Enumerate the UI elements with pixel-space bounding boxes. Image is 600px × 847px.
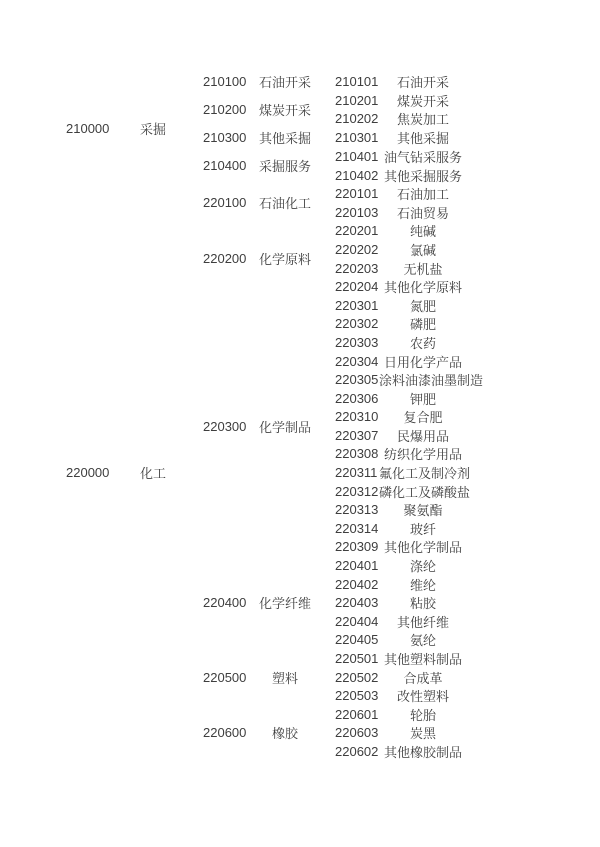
level3-row: 220402维纶 xyxy=(335,575,467,594)
level3-name: 其他塑料制品 xyxy=(379,649,467,668)
level3-code: 210101 xyxy=(335,74,379,89)
level2-group: 210100石油开采210101石油开采 xyxy=(203,72,467,91)
level3-row: 220204其他化学原料 xyxy=(335,277,467,296)
level3-row: 220305涂料油漆油墨制造 xyxy=(335,370,467,389)
level3-code: 220304 xyxy=(335,354,379,369)
level3-code: 220310 xyxy=(335,409,379,424)
level2-cell: 210400采掘服务 xyxy=(203,147,335,184)
level3-name: 涤纶 xyxy=(379,556,467,575)
level2-group: 220500塑料220501其他塑料制品220502合成革220503改性塑料 xyxy=(203,649,467,705)
level3-name: 涂料油漆油墨制造 xyxy=(379,370,467,389)
level3-code: 220303 xyxy=(335,335,379,350)
level3-row: 210401油气钻采服务 xyxy=(335,147,467,166)
level3-code: 220302 xyxy=(335,316,379,331)
level3-code: 220503 xyxy=(335,688,379,703)
level3-row: 210402其他采掘服务 xyxy=(335,166,467,185)
level3-column: 220601轮胎220603炭黑220602其他橡胶制品 xyxy=(335,705,467,761)
level3-name: 磷化工及磷酸盐 xyxy=(379,482,467,501)
level2-code: 220500 xyxy=(203,670,247,685)
level3-name: 钾肥 xyxy=(379,389,467,408)
level3-row: 220306钾肥 xyxy=(335,389,467,408)
level3-code: 210201 xyxy=(335,93,379,108)
level3-code: 220502 xyxy=(335,670,379,685)
level3-row: 220314玻纤 xyxy=(335,519,467,538)
level3-column: 210101石油开采 xyxy=(335,72,467,91)
level3-name: 其他纤维 xyxy=(379,612,467,631)
level3-code: 220602 xyxy=(335,744,379,759)
level2-name: 化学制品 xyxy=(247,417,323,436)
level3-row: 220403粘胶 xyxy=(335,593,467,612)
level3-code: 220101 xyxy=(335,186,379,201)
level3-code: 220501 xyxy=(335,651,379,666)
level1-name: 化工 xyxy=(140,463,166,482)
level3-row: 220404其他纤维 xyxy=(335,612,467,631)
level3-row: 220307民爆用品 xyxy=(335,426,467,445)
level1-cell: 220000化工 xyxy=(0,184,203,760)
level3-code: 220403 xyxy=(335,595,379,610)
level2-cell: 210100石油开采 xyxy=(203,72,335,91)
level2-column: 210100石油开采210101石油开采210200煤炭开采210201煤炭开采… xyxy=(203,72,467,184)
level3-name: 玻纤 xyxy=(379,519,467,538)
level3-row: 220311氟化工及制冷剂 xyxy=(335,463,467,482)
level3-row: 220101石油加工 xyxy=(335,184,467,203)
level3-name: 煤炭开采 xyxy=(379,91,467,110)
level2-column: 220100石油化工220101石油加工220103石油贸易220200化学原料… xyxy=(203,184,467,760)
level2-group: 220400化学纤维220401涤纶220402维纶220403粘胶220404… xyxy=(203,556,467,649)
level2-name: 石油化工 xyxy=(247,193,323,212)
level3-code: 220204 xyxy=(335,279,379,294)
level1-name: 采掘 xyxy=(140,119,166,138)
level3-code: 220312 xyxy=(335,484,379,499)
level1-group: 220000化工220100石油化工220101石油加工220103石油贸易22… xyxy=(0,184,600,760)
level2-name: 化学原料 xyxy=(247,249,323,268)
level2-group: 220200化学原料220201纯碱220202氯碱220203无机盐22020… xyxy=(203,222,467,296)
level3-name: 氨纶 xyxy=(379,630,467,649)
level3-row: 220602其他橡胶制品 xyxy=(335,742,467,761)
level2-cell: 220600橡胶 xyxy=(203,705,335,761)
level3-row: 220302磷肥 xyxy=(335,315,467,334)
level3-row: 220304日用化学产品 xyxy=(335,352,467,371)
level2-code: 220300 xyxy=(203,419,247,434)
level3-code: 220301 xyxy=(335,298,379,313)
level3-row: 220309其他化学制品 xyxy=(335,538,467,557)
level3-code: 210301 xyxy=(335,130,379,145)
level2-cell: 220400化学纤维 xyxy=(203,556,335,649)
level2-group: 220600橡胶220601轮胎220603炭黑220602其他橡胶制品 xyxy=(203,705,467,761)
level3-name: 民爆用品 xyxy=(379,426,467,445)
level2-cell: 220100石油化工 xyxy=(203,184,335,221)
level1-cell: 210000采掘 xyxy=(0,72,203,184)
level3-row: 220603炭黑 xyxy=(335,724,467,743)
level3-name: 其他化学原料 xyxy=(379,277,467,296)
level3-row: 220203无机盐 xyxy=(335,259,467,278)
level3-row: 220103石油贸易 xyxy=(335,203,467,222)
level3-row: 220312磷化工及磷酸盐 xyxy=(335,482,467,501)
level3-row: 220202氯碱 xyxy=(335,240,467,259)
level2-group: 210200煤炭开采210201煤炭开采210202焦炭加工 xyxy=(203,91,467,128)
level3-name: 轮胎 xyxy=(379,705,467,724)
level3-row: 220201纯碱 xyxy=(335,222,467,241)
level3-name: 日用化学产品 xyxy=(379,352,467,371)
level3-column: 210201煤炭开采210202焦炭加工 xyxy=(335,91,467,128)
level3-code: 220404 xyxy=(335,614,379,629)
level3-column: 220201纯碱220202氯碱220203无机盐220204其他化学原料 xyxy=(335,222,467,296)
level3-name: 磷肥 xyxy=(379,314,467,333)
level3-row: 210202焦炭加工 xyxy=(335,110,467,129)
level3-name: 焦炭加工 xyxy=(379,109,467,128)
level3-name: 纯碱 xyxy=(379,221,467,240)
level3-name: 无机盐 xyxy=(379,259,467,278)
level1-code: 210000 xyxy=(66,121,112,136)
level3-row: 220601轮胎 xyxy=(335,705,467,724)
level2-group: 220300化学制品220301氮肥220302磷肥220303农药220304… xyxy=(203,296,467,556)
level3-name: 其他橡胶制品 xyxy=(379,742,467,761)
level3-column: 220101石油加工220103石油贸易 xyxy=(335,184,467,221)
level3-code: 220309 xyxy=(335,539,379,554)
level3-name: 粘胶 xyxy=(379,593,467,612)
level2-cell: 220200化学原料 xyxy=(203,222,335,296)
level3-code: 220313 xyxy=(335,502,379,517)
level3-row: 210301其他采掘 xyxy=(335,128,467,147)
level3-name: 氟化工及制冷剂 xyxy=(379,463,467,482)
level3-code: 220306 xyxy=(335,391,379,406)
level3-code: 220203 xyxy=(335,261,379,276)
level3-row: 210101石油开采 xyxy=(335,72,467,91)
level3-name: 改性塑料 xyxy=(379,686,467,705)
level3-code: 210402 xyxy=(335,168,379,183)
level3-code: 220201 xyxy=(335,223,379,238)
level3-row: 220310复合肥 xyxy=(335,408,467,427)
level3-name: 氮肥 xyxy=(379,296,467,315)
level3-name: 聚氨酯 xyxy=(379,500,467,519)
level3-code: 220307 xyxy=(335,428,379,443)
level2-cell: 210200煤炭开采 xyxy=(203,91,335,128)
level2-name: 塑料 xyxy=(247,668,323,687)
classification-table: 210000采掘210100石油开采210101石油开采210200煤炭开采21… xyxy=(0,72,600,761)
document-page: 210000采掘210100石油开采210101石油开采210200煤炭开采21… xyxy=(0,0,600,847)
level3-code: 220202 xyxy=(335,242,379,257)
level3-row: 220308纺织化学用品 xyxy=(335,445,467,464)
level1-code: 220000 xyxy=(66,465,112,480)
level3-name: 石油加工 xyxy=(379,184,467,203)
level3-row: 220313聚氨酯 xyxy=(335,500,467,519)
level3-name: 其他化学制品 xyxy=(379,537,467,556)
level3-name: 合成革 xyxy=(379,668,467,687)
level2-name: 采掘服务 xyxy=(247,156,323,175)
level3-code: 220401 xyxy=(335,558,379,573)
level3-name: 其他采掘 xyxy=(379,128,467,147)
level3-name: 复合肥 xyxy=(379,407,467,426)
level3-code: 220305 xyxy=(335,372,379,387)
level3-name: 石油开采 xyxy=(379,72,467,91)
level3-name: 炭黑 xyxy=(379,723,467,742)
level3-row: 220303农药 xyxy=(335,333,467,352)
level3-row: 210201煤炭开采 xyxy=(335,91,467,110)
level2-name: 化学纤维 xyxy=(247,593,323,612)
level3-code: 220103 xyxy=(335,205,379,220)
level3-name: 氯碱 xyxy=(379,240,467,259)
level2-group: 210300其他采掘210301其他采掘 xyxy=(203,128,467,147)
level3-code: 220405 xyxy=(335,632,379,647)
level2-name: 其他采掘 xyxy=(247,128,323,147)
level2-name: 石油开采 xyxy=(247,72,323,91)
level3-code: 220314 xyxy=(335,521,379,536)
level3-name: 石油贸易 xyxy=(379,203,467,222)
level2-code: 210200 xyxy=(203,102,247,117)
level3-code: 220308 xyxy=(335,446,379,461)
level3-code: 220601 xyxy=(335,707,379,722)
level2-code: 220100 xyxy=(203,195,247,210)
level3-code: 220311 xyxy=(335,465,379,480)
level2-code: 210400 xyxy=(203,158,247,173)
level3-column: 220301氮肥220302磷肥220303农药220304日用化学产品2203… xyxy=(335,296,467,556)
level3-name: 维纶 xyxy=(379,575,467,594)
level1-group: 210000采掘210100石油开采210101石油开采210200煤炭开采21… xyxy=(0,72,600,184)
level2-cell: 220500塑料 xyxy=(203,649,335,705)
level3-name: 农药 xyxy=(379,333,467,352)
level2-name: 橡胶 xyxy=(247,723,323,742)
level3-code: 220603 xyxy=(335,725,379,740)
level3-code: 220402 xyxy=(335,577,379,592)
level2-group: 210400采掘服务210401油气钻采服务210402其他采掘服务 xyxy=(203,147,467,184)
level3-row: 220401涤纶 xyxy=(335,556,467,575)
level3-column: 220501其他塑料制品220502合成革220503改性塑料 xyxy=(335,649,467,705)
level3-row: 220502合成革 xyxy=(335,668,467,687)
level3-row: 220405氨纶 xyxy=(335,631,467,650)
level3-column: 210301其他采掘 xyxy=(335,128,467,147)
level2-cell: 210300其他采掘 xyxy=(203,128,335,147)
level3-name: 油气钻采服务 xyxy=(379,147,467,166)
level2-code: 220200 xyxy=(203,251,247,266)
level2-code: 220600 xyxy=(203,725,247,740)
level3-column: 220401涤纶220402维纶220403粘胶220404其他纤维220405… xyxy=(335,556,467,649)
level2-name: 煤炭开采 xyxy=(247,100,323,119)
level2-cell: 220300化学制品 xyxy=(203,296,335,556)
level3-row: 220301氮肥 xyxy=(335,296,467,315)
level3-code: 210401 xyxy=(335,149,379,164)
level2-code: 210100 xyxy=(203,74,247,89)
level3-column: 210401油气钻采服务210402其他采掘服务 xyxy=(335,147,467,184)
level3-row: 220501其他塑料制品 xyxy=(335,649,467,668)
level2-code: 220400 xyxy=(203,595,247,610)
level3-name: 其他采掘服务 xyxy=(379,166,467,185)
level2-code: 210300 xyxy=(203,130,247,145)
level3-name: 纺织化学用品 xyxy=(379,444,467,463)
level2-group: 220100石油化工220101石油加工220103石油贸易 xyxy=(203,184,467,221)
level3-row: 220503改性塑料 xyxy=(335,686,467,705)
level3-code: 210202 xyxy=(335,111,379,126)
